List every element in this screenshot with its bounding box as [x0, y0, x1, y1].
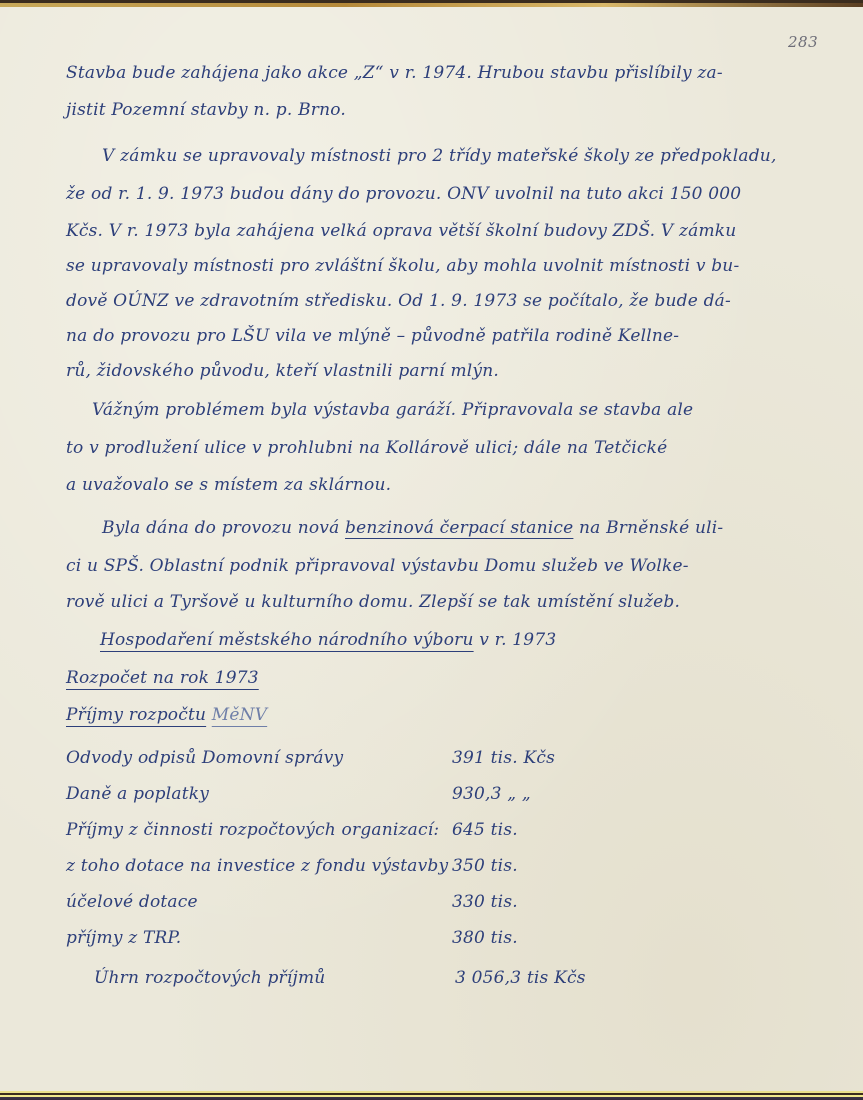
- section-heading: Hospodaření městského národního výboru v…: [100, 630, 556, 650]
- row-amount: 645 tis.: [452, 820, 518, 840]
- text-line: se upravovaly místnosti pro zvláštní ško…: [66, 256, 739, 276]
- text-line: na do provozu pro LŠU vila ve mlýně – pů…: [66, 326, 679, 346]
- text-fragment: Byla dána do provozu nová: [102, 518, 339, 538]
- total-amount: 3 056,3 tis Kčs: [455, 968, 586, 988]
- section-title-suffix: v r. 1973: [479, 630, 556, 650]
- text-line: rů, židovského původu, kteří vlastnili p…: [66, 361, 499, 381]
- row-label: účelové dotace: [66, 892, 198, 912]
- row-amount: 350 tis.: [452, 856, 518, 876]
- text-line: Kčs. V r. 1973 byla zahájena velká oprav…: [66, 221, 736, 241]
- text-line: a uvažovalo se s místem za sklárnou.: [66, 475, 391, 495]
- row-amount: 930,3 „ „: [452, 784, 531, 804]
- row-amount: 380 tis.: [452, 928, 518, 948]
- row-label: Odvody odpisů Domovní správy: [66, 748, 343, 768]
- revenue-heading: Příjmy rozpočtu MěNV: [66, 705, 267, 725]
- section-title: Hospodaření městského národního výboru: [100, 630, 474, 650]
- budget-heading: Rozpočet na rok 1973: [66, 668, 259, 688]
- text-line: Vážným problémem byla výstavba garáží. P…: [92, 400, 693, 420]
- row-amount: 330 tis.: [452, 892, 518, 912]
- row-label: Příjmy z činnosti rozpočtových organizac…: [66, 820, 439, 840]
- text-line: že od r. 1. 9. 1973 budou dány do provoz…: [66, 184, 741, 204]
- document-page: 283 Stavba bude zahájena jako akce „Z“ v…: [0, 3, 863, 1093]
- total-label: Úhrn rozpočtových příjmů: [94, 968, 325, 988]
- revenue-heading-text: Příjmy rozpočtu: [66, 705, 206, 725]
- text-line: jistit Pozemní stavby n. p. Brno.: [66, 100, 346, 120]
- row-label: příjmy z TRP.: [66, 928, 181, 948]
- revenue-heading-abbr: MěNV: [212, 705, 267, 725]
- text-line: Byla dána do provozu nová benzinová čerp…: [102, 518, 723, 538]
- text-line: ci u SPŠ. Oblastní podnik připravoval vý…: [66, 556, 689, 576]
- text-line: V zámku se upravovaly místnosti pro 2 tř…: [102, 146, 777, 166]
- text-fragment: na Brněnské uli-: [579, 518, 723, 538]
- page-number: 283: [788, 33, 818, 51]
- text-line: rově ulici a Tyršově u kulturního domu. …: [66, 592, 680, 612]
- text-line: Stavba bude zahájena jako akce „Z“ v r. …: [66, 63, 723, 83]
- text-line: to v prodlužení ulice v prohlubni na Kol…: [66, 438, 667, 458]
- underlined-phrase: benzinová čerpací stanice: [345, 518, 573, 538]
- row-label: Daně a poplatky: [66, 784, 209, 804]
- text-line: dově OÚNZ ve zdravotním středisku. Od 1.…: [66, 291, 731, 311]
- page-top-edge: [0, 3, 863, 7]
- row-label: z toho dotace na investice z fondu výsta…: [66, 856, 448, 876]
- row-amount: 391 tis. Kčs: [452, 748, 555, 768]
- page-bottom-edge: [0, 1095, 863, 1100]
